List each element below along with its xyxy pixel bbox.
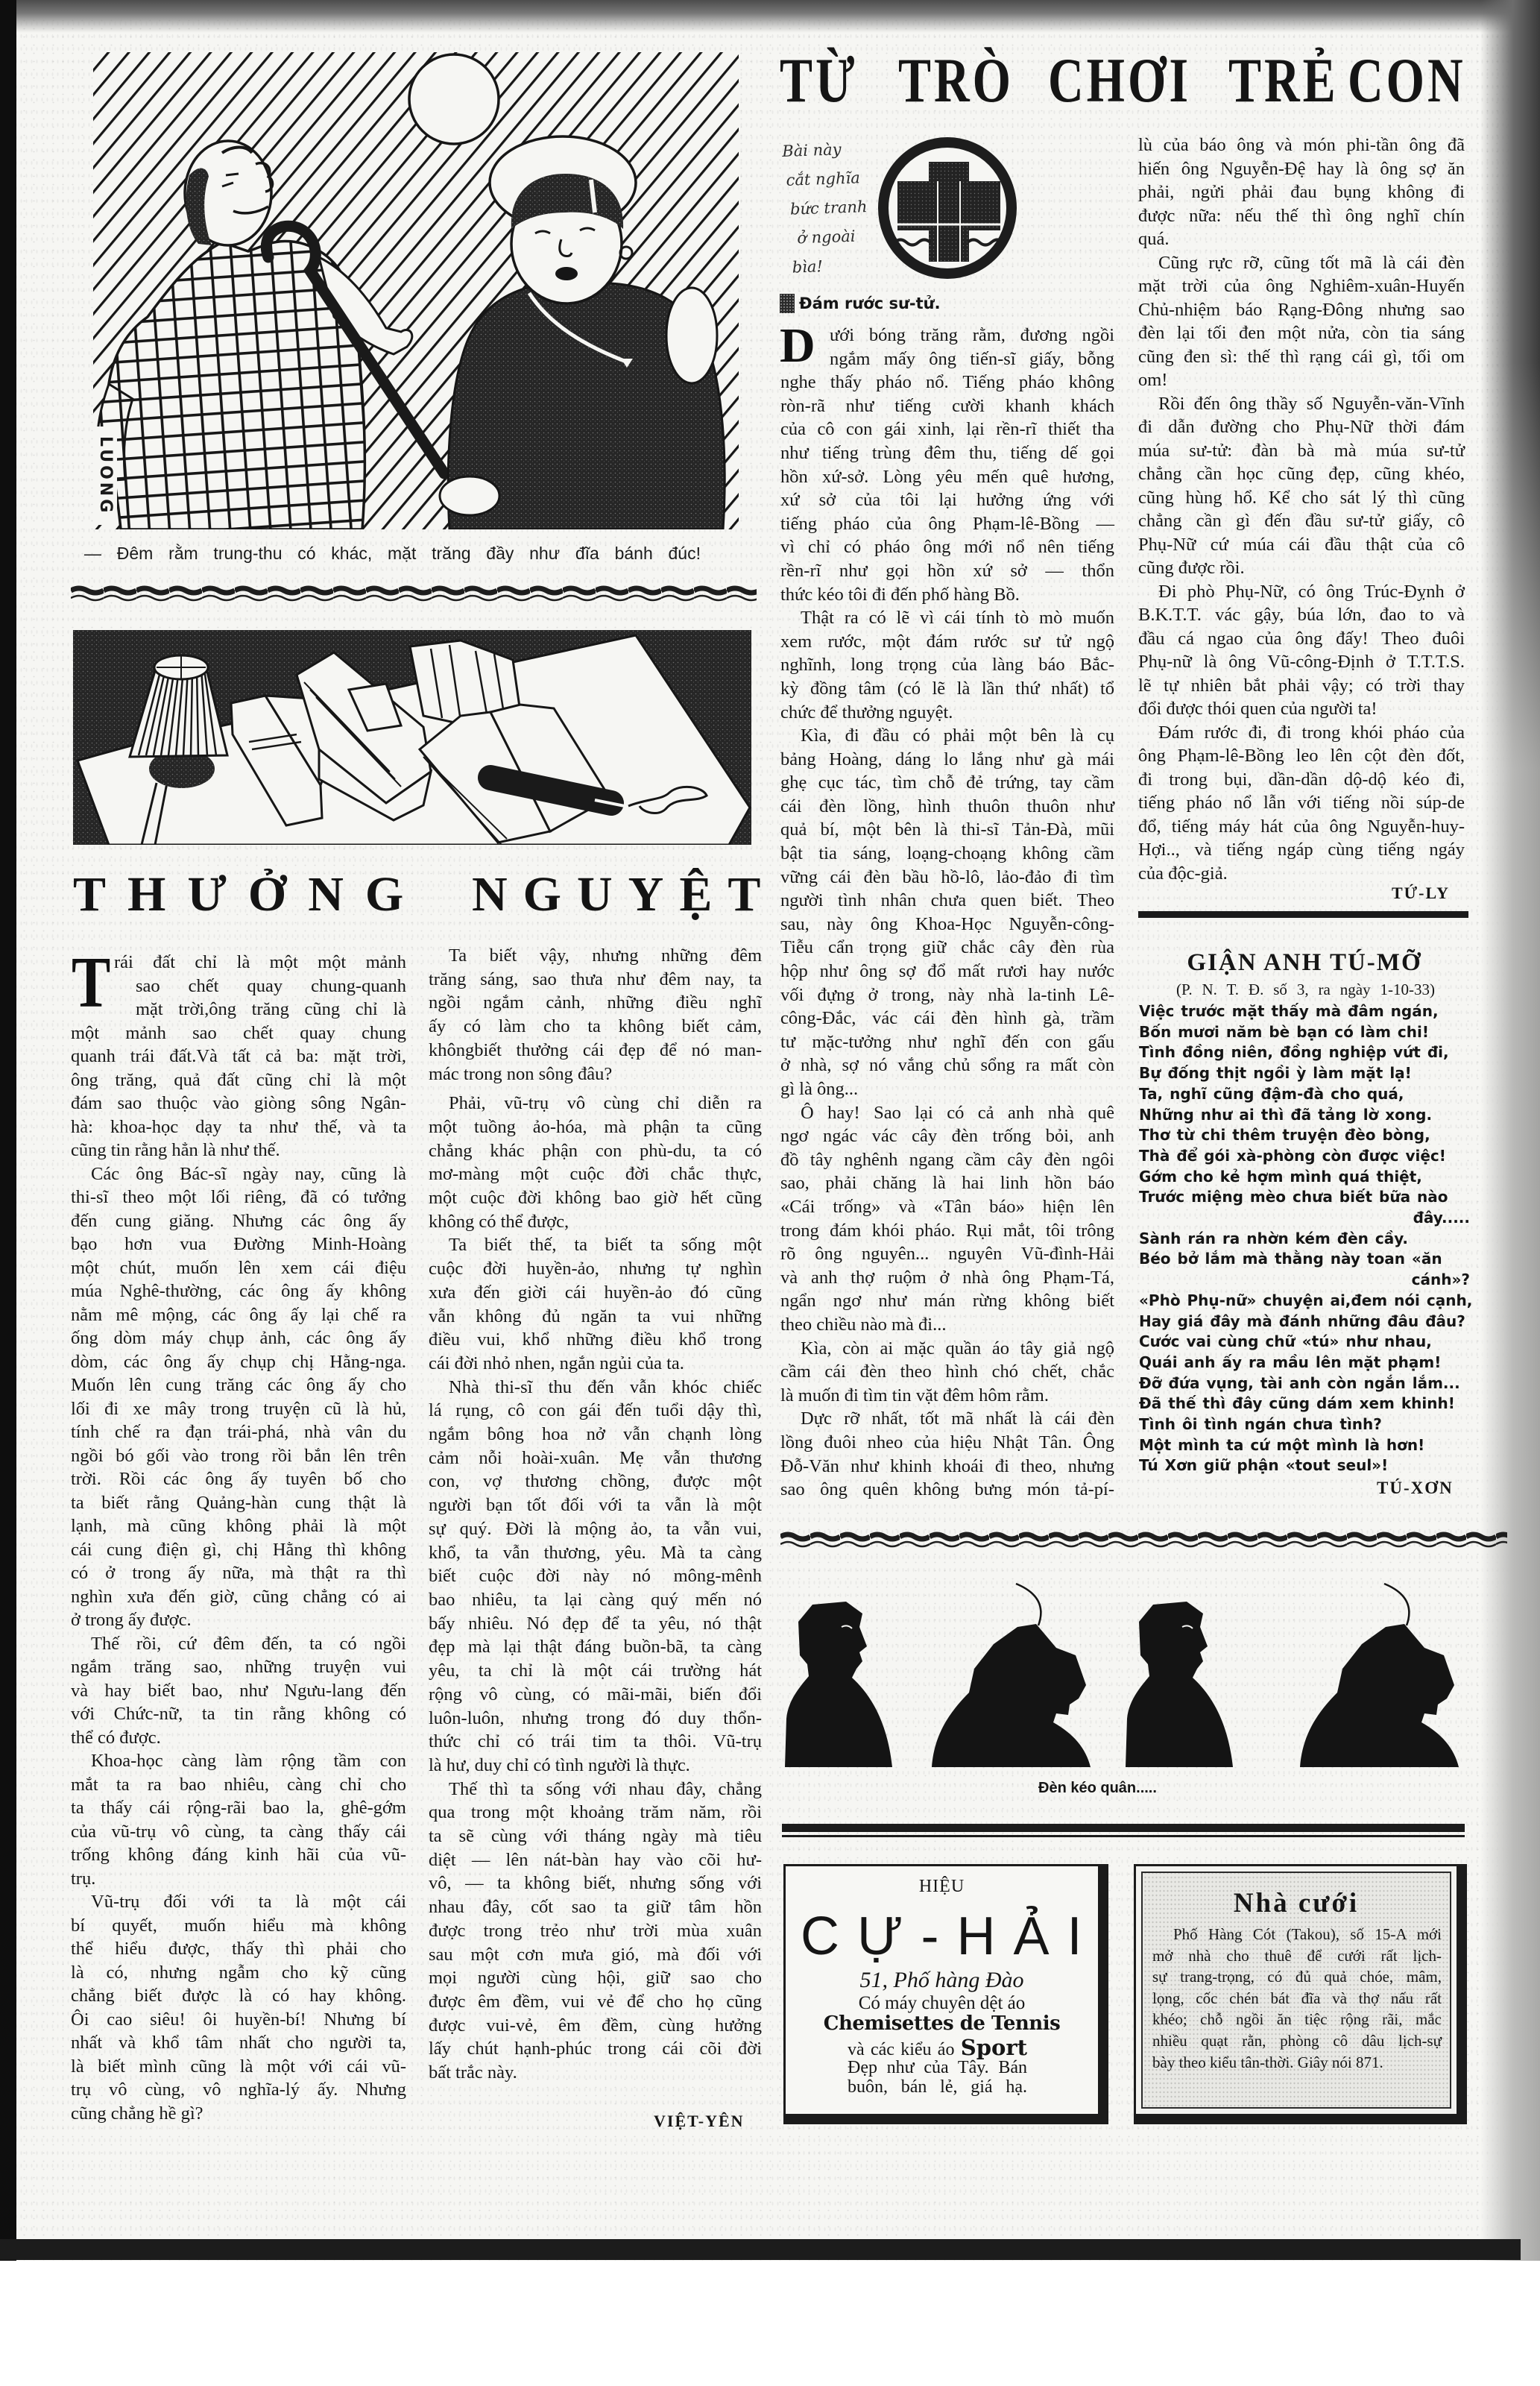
text-line: không có thể được,	[429, 1210, 762, 1234]
text-line: mặt trời của ông Nghiêm-xuân-Huyến	[1138, 274, 1465, 298]
ad-shop-name: CỰ-HẢI	[801, 1910, 1099, 1963]
paragraph: Rồi đến ông thầy số Nguyễn-văn-Vĩnhđi dẫ…	[1138, 392, 1465, 580]
ad-text-line: bày theo kiểu tân-thời. Giây nói 871.	[1152, 2052, 1442, 2074]
text-line: Chủ-nhiệm báo Rạng-Đông nhưng sao	[1138, 298, 1465, 322]
text-line: cũng hùng hổ. Kể cho sát lý thì cũng	[1138, 486, 1465, 510]
text-line: lối đi xe mây trong truyện cũ là hủ,	[71, 1397, 406, 1421]
scan-edge-left	[0, 0, 16, 2261]
paragraph: ưới bóng trăng rằm, đương ngồingắm mấy ô…	[780, 324, 1114, 606]
ad-text: và các kiểu áo	[848, 2040, 954, 2059]
paragraph: Các ông Bác-sĩ ngày nay, cũng làthi-sĩ t…	[71, 1162, 406, 1632]
text-line: rền-rĩ như gọi hồn xứ sở — thổn	[780, 559, 1114, 583]
text-line: cũng được rồi.	[1138, 556, 1465, 580]
ad-address: 51, Phố hàng Đào	[786, 1968, 1098, 1993]
text-line: phải, ngửi phải đau bụng không đi	[1138, 180, 1465, 204]
headline-word: CON	[1348, 50, 1466, 113]
text-line: Nhà thi-sĩ thu đến vẫn khóc chiếc	[429, 1376, 762, 1400]
headline-word: CHƠI	[1048, 50, 1191, 113]
silhouette-caption: Đèn kéo quân.....	[1038, 1780, 1157, 1797]
text-line: là muốn đi tìm tin vặt đêm hôm rằm.	[780, 1384, 1114, 1408]
text-line: Khoa-học càng làm rộng tầm con	[71, 1749, 406, 1773]
text-line: ngẩn ngơ như mán rừng không biết	[780, 1289, 1114, 1313]
thuong-nguyet-column-1: rái đất chỉ là một một mảnhsao chết quay…	[71, 951, 406, 2125]
text-line: quá.	[1138, 227, 1465, 251]
poem-line: Quái anh ấy ra mầu lên mặt phạm!	[1139, 1353, 1470, 1373]
text-line: múa Nghê-thường, các ông ấy không	[71, 1279, 406, 1303]
text-line: đám sao thuộc vào giòng sông Ngân-	[71, 1092, 406, 1115]
text-line: một mảnh sao chết quay chung	[71, 1022, 406, 1045]
text-line: ròn-rã như tiếng cười khanh khách	[780, 394, 1114, 418]
text-line: con, vợ thương chồng, được một	[429, 1470, 762, 1493]
paragraph: Nhà thi-sĩ thu đến vẫn khóc chiếclá rụng…	[429, 1376, 762, 1778]
text-line: chẳng khác phận con phù-du, ta có	[429, 1139, 762, 1163]
text-line: cảm nỗi hoài-xuân. Mẹ vẫn thương	[429, 1447, 762, 1470]
section-heading-text: Đám rước sư-tử.	[799, 295, 941, 312]
poem-source: (P. N. T. Đ. số 3, ra ngày 1-10-33)	[1176, 980, 1435, 999]
text-line: bao nhiêu, ta lại càng quý mến nó	[429, 1588, 762, 1612]
text-line: xem rước, một đám rước sư tử ngộ	[780, 630, 1114, 654]
ad-text-line: mở nhà cho thuê để cưới rất lịch-	[1152, 1945, 1442, 1967]
text-line: điều vui, khổ những điều khổ trong	[429, 1328, 762, 1352]
author-tu-xon: TÚ-XƠN	[1377, 1479, 1454, 1498]
text-line: ở trong ấy được.	[71, 1608, 406, 1632]
poem-line: Đã thế thì đây cũng dám xem khinh!	[1139, 1394, 1470, 1414]
text-line: kỳ đồng tâm (có lẽ là lần thứ nhất) tổ	[780, 677, 1114, 701]
text-line: một chút, muốn lên xem cái điệu	[71, 1256, 406, 1280]
paragraph: Thế thì ta sống với nhau đây, chẳngqua t…	[429, 1778, 762, 2085]
text-line: đầu cá ngao của ông đấy! Theo đuôi	[1138, 627, 1465, 651]
ads-rule-thick	[782, 1824, 1465, 1832]
handwritten-line: bức tranh	[783, 192, 868, 224]
text-line: trời. Rồi các ông ấy tuyên bố cho	[71, 1467, 406, 1491]
text-line: Phụ-Nữ cứ múa cái đầu thật của cô	[1138, 533, 1465, 557]
text-line: đi dẫn đường cho Phụ-Nữ thời đám	[1138, 415, 1465, 439]
silhouette-cartoon-illustration	[779, 1581, 1472, 1767]
headline-word: TRẺ	[1228, 50, 1339, 113]
poem-line: Việc trước mặt thấy mà đâm ngán,	[1139, 1001, 1470, 1022]
handwritten-line: bìa!	[786, 251, 870, 283]
text-line: một cuộc đời không bao giờ hết cũng	[429, 1186, 762, 1210]
text-line: múa sư-tử: đàn bà mà múa sư-tử	[1138, 439, 1465, 463]
text-line: khổ, ta vẫn thương, yêu. Mà ta càng	[429, 1541, 762, 1565]
scan-edge-top	[0, 0, 1540, 33]
desk-lamp-books-illustration	[73, 630, 751, 845]
handwritten-line: ở ngoài	[785, 221, 869, 254]
poem-line: Béo bở lắm mà thằng này toan «ăn	[1139, 1249, 1470, 1270]
text-line: lồng đuôi nheo của hiệu Nhật Tân. Ông	[780, 1431, 1114, 1455]
text-line: ở nhà, sợ nó vắng chủ sổng ra mất còn	[780, 1054, 1114, 1077]
text-line: chức để thưởng nguyệt.	[780, 701, 1114, 725]
text-line: cũng tin rằng hẳn là như thế.	[71, 1139, 406, 1162]
text-line: khôngbiết thưởng cái đẹp để nó man-	[429, 1039, 762, 1063]
poem-line: Cước vai cùng chữ «tú» như nhau,	[1139, 1332, 1470, 1353]
paragraph: Ta biết thế, ta biết ta sống mộtcuộc đời…	[429, 1233, 762, 1375]
ad-product: Chemisettes de Tennis	[786, 2012, 1098, 2035]
text-line: vì chỉ có pháo ông mới nổ nên tiếng	[780, 535, 1114, 559]
text-line: ta thấy cái rộng-rãi bao la, ghê-gớm	[71, 1796, 406, 1820]
ad-text-line: Phố Hàng Cót (Takou), số 15-A mới	[1152, 1924, 1442, 1945]
text-line: ấy có làm cho ta không biết cảm,	[429, 1015, 762, 1039]
text-line: Ô hay! Sao lại có cả anh nhà quê	[780, 1101, 1114, 1125]
text-line: nghe thấy pháo nổ. Tiếng pháo không	[780, 371, 1114, 394]
handwritten-line: Bài này	[782, 134, 866, 166]
text-line: quả bí, một bên là thi-sĩ Tản-Đà, mũi	[780, 818, 1114, 842]
text-line: mặt trời,ông trăng cũng chỉ là	[71, 998, 406, 1022]
scan-edge-bottom	[0, 2239, 1521, 2260]
ad-text-line: Có máy chuyên dệt áo	[786, 1993, 1098, 2014]
text-line: người tình nhân chưa quen biết. Theo	[780, 889, 1114, 913]
text-line: trăng sáng, sao thưa như đêm nay, ta	[429, 968, 762, 992]
text-line: nghĩnh, long trọng của làng báo Bắc-	[780, 653, 1114, 677]
text-line: cũng đen sì: thế thì rạng cái gì, tối om	[1138, 345, 1465, 369]
text-line: thức kéo tôi đi đến phố hàng Bồ.	[780, 583, 1114, 607]
text-line: sao ông quên không bưng món tả-pí-	[780, 1478, 1114, 1502]
artist-signature: LUONG	[93, 426, 117, 525]
text-line: lấy chút hạnh-phúc trong cái cõi đời	[429, 2037, 762, 2061]
text-line: tiếng pháo nổ lẫn với tiếng nồi súp-de	[1138, 791, 1465, 815]
text-line: lù của báo ông và món phi-tần ông đã	[1138, 133, 1465, 157]
poem-line: Tú Xơn giữ phận «tout seul»!	[1139, 1455, 1470, 1476]
poem-title: GIẬN ANH TÚ-MỠ	[1163, 951, 1446, 975]
text-line: Phải, vũ-trụ vô cùng chỉ diễn ra	[429, 1092, 762, 1115]
text-line: với Chức-nữ, ta tin rằng không có	[71, 1702, 406, 1726]
text-line: đổi được thói quen của người ta!	[1138, 697, 1465, 721]
headline-word: TRÒ	[898, 50, 1014, 113]
text-line: bất trắc này.	[429, 2061, 762, 2085]
text-line: Phụ-nữ là ông Vũ-công-Định ở T.T.T.S.	[1138, 650, 1465, 674]
text-line: như tiếng trùng đêm thu, tiếng dế gọi	[780, 441, 1114, 465]
tro-choi-column-middle: ưới bóng trăng rằm, đương ngồingắm mấy ô…	[780, 324, 1114, 1502]
text-line: thức chỉ có trái tim ta thôi. Vũ-trụ	[429, 1730, 762, 1754]
ad-cu-hai: HIỆU CỰ-HẢI 51, Phố hàng Đào Có máy chuy…	[783, 1864, 1108, 2124]
text-line: Ôi cao siêu! ôi huyền-bí! Nhưng bí	[71, 2008, 406, 2032]
text-line: qua trong một khoảng trăm năm, rồi	[429, 1801, 762, 1825]
poem-line: Thà để gói xà-phòng còn được việc!	[1139, 1146, 1470, 1167]
text-line: Muốn lên cung trăng các ông ấy cho	[71, 1373, 406, 1397]
text-line: quanh trái đất.Và tất cả ba: mặt trời,	[71, 1045, 406, 1068]
text-line: ta biết rằng Quảng-hàn cung thật là	[71, 1491, 406, 1515]
text-line: ưới bóng trăng rằm, đương ngồi	[780, 324, 1114, 347]
ad-text-line: sự trang-trọng, có đủ quả chóe, mâm,	[1152, 1966, 1442, 1988]
text-line: tư mặc-tưởng như nghĩ đến con gấu	[780, 1030, 1114, 1054]
poem-line: Hay giá đây mà đánh những đâu đâu?	[1139, 1312, 1470, 1332]
text-line: và hay biết bao, như Ngưu-lang đến	[71, 1679, 406, 1703]
paragraph: Kìa, còn ai mặc quần áo tây giả ngộcầm c…	[780, 1337, 1114, 1408]
poem-line: Ta, nghĩ cũng đậm-đà cho quá,	[1139, 1084, 1470, 1105]
text-line: đến cung giăng. Nhưng các ông ấy	[71, 1209, 406, 1233]
text-line: rõ ông nguyên... nguyên Vũ-đình-Hải	[780, 1242, 1114, 1266]
text-line: bật tia sáng, loạng-choạng không cầm	[780, 842, 1114, 866]
text-line: lạnh, mà cũng không phải là một	[71, 1514, 406, 1538]
text-line: có ở trong ấy nữa, mà thật ra thì	[71, 1561, 406, 1585]
text-line: cuộc đời huyền-ảo, nhưng tự nghìn	[429, 1257, 762, 1281]
ad-text-line: khéo; chỗ ngồi ăn tiệc rộng rãi, mắc	[1152, 2009, 1442, 2030]
text-line: thể hiểu được, thấy thì phải cho	[71, 1937, 406, 1961]
text-line: sao chết quay chung-quanh	[71, 975, 406, 998]
text-line: lá rụng, cô con gái đến tuổi dậy thì,	[429, 1399, 762, 1423]
ad-bold-word: Sport	[961, 2035, 1027, 2060]
paragraph: Cũng rực rỡ, cũng tốt mã là cái đènmặt t…	[1138, 251, 1465, 392]
ad-text-line: lọng, cốc chén bát đĩa và thợ nấu rất	[1152, 1988, 1442, 2009]
text-line: tính chế ra đạn trái-phá, nhà vân du	[71, 1420, 406, 1444]
cross-and-waves-logo-icon	[877, 136, 1018, 280]
thuong-nguyet-column-2: Ta biết vậy, nhưng những đêmtrăng sáng, …	[429, 944, 762, 2085]
text-line: Ta biết thế, ta biết ta sống một	[429, 1233, 762, 1257]
text-line: và anh thợ ruộm ở nhà ông Phạm-Tá,	[780, 1266, 1114, 1290]
text-line: ông trăng, quả đất cũng chỉ là một	[71, 1068, 406, 1092]
text-line: ngắm mấy ông tiến-sĩ giấy, bỗng	[780, 347, 1114, 371]
text-line: sau, này ông Khoa-Học Nguyễn-công-	[780, 913, 1114, 937]
text-line: theo chiều nào mà đi...	[780, 1313, 1114, 1337]
text-line: Rồi đến ông thầy số Nguyễn-văn-Vĩnh	[1138, 392, 1465, 416]
text-line: rộng vô cùng, có mãi-mãi, biến đổi	[429, 1683, 762, 1707]
text-line: ngơ ngác vác cây đèn trống bỏi, anh	[780, 1124, 1114, 1148]
text-line: diệt — lên nát-bàn hay vào cõi hư-	[429, 1848, 762, 1872]
poem-line: đây.....	[1139, 1208, 1470, 1229]
section-rule	[1138, 911, 1468, 918]
poem-line: Tình đồng niên, đồng nghiệp vứt đi,	[1139, 1042, 1470, 1063]
text-line: Dực rỡ nhất, tốt mã nhất là cái đèn	[780, 1407, 1114, 1431]
text-line: Đỗ-Văn như khinh khoái đi theo, nhưng	[780, 1455, 1114, 1479]
ornament-icon	[780, 294, 795, 313]
poem-line: Đỡ đứa vụng, tài anh còn ngắn lắm...	[1139, 1373, 1470, 1394]
text-line: hà: khoa-học dạy ta như thế, và ta	[71, 1115, 406, 1139]
text-line: ông Phạm-lê-Bồng leo lên cột đèn đốt,	[1138, 744, 1465, 768]
text-line: xưa đến giời cái huyền-ảo đó cũng	[429, 1281, 762, 1305]
handwritten-annotation: Bài nàycắt nghĩabức tranhở ngoàibìa!	[782, 134, 870, 283]
text-line: vô, — ta không biết, nhưng sống với	[429, 1872, 762, 1895]
text-line: thi-sĩ theo một lối riêng, đã có tưởng	[71, 1186, 406, 1209]
text-line: ngồi bó gối vào trong rồi bắn lên trên	[71, 1444, 406, 1468]
poem-line: «Phò Phụ-nữ» chuyện ai,đem nói cạnh,	[1139, 1291, 1470, 1312]
text-line: Kìa, đi đầu có phải một bên là cụ	[780, 724, 1114, 748]
text-line: vững cái đèn bầu hồ-lô, lảo-đảo đi tìm	[780, 866, 1114, 890]
moon-cartoon-illustration	[73, 34, 751, 529]
text-line: được êm đềm, vui vẻ để cho họ cũng	[429, 1990, 762, 2014]
poem-line: Bự đống thịt ngồi ỳ làm mặt lạ!	[1139, 1063, 1470, 1084]
text-line: một tuồng ảo-hóa, mà phận ta cũng	[429, 1115, 762, 1139]
text-line: cũng chẳng hề gì?	[71, 2102, 406, 2126]
text-line: đổ, tiếng máy hát của ông Nguyễn-huy-	[1138, 815, 1465, 839]
text-line: Hợi.., và tiếng ngáp cùng tiếng ngáy	[1138, 838, 1465, 862]
ad-nha-cuoi: Nhà cưới Phố Hàng Cót (Takou), số 15-A m…	[1134, 1864, 1467, 2124]
text-line: nhất và khổ tâm nhất cho người ta,	[71, 2031, 406, 2055]
paragraph: Ta biết vậy, nhưng những đêmtrăng sáng, …	[429, 944, 762, 1086]
poem-line: Thơ từ chi thêm truyện đèo bòng,	[1139, 1125, 1470, 1146]
text-line: trụ.	[71, 1867, 406, 1891]
text-line: đẹp mà lại thật đáng buồn-bã, ta càng	[429, 1635, 762, 1659]
text-line: đèn lại tối đen một nửa, còn tia sáng	[1138, 321, 1465, 345]
text-line: sự quý. Đời là mộng ảo, ta vẫn vui,	[429, 1517, 762, 1541]
text-line: om!	[1138, 368, 1465, 392]
text-line: ngồi ngắm cảnh, những điều nghĩ	[429, 991, 762, 1015]
poem-line: Gớm cho kẻ hợm mình quá thiệt,	[1139, 1167, 1470, 1188]
text-line: đi trong bụi, dần-dần dộ-dộ kéo đi,	[1138, 768, 1465, 792]
text-line: Vũ-trụ đối với ta là một cái	[71, 1890, 406, 1914]
author-viet-yen: VIỆT-YÊN	[654, 2112, 745, 2131]
text-line: ống dòm máy chụp ảnh, các ông ấy	[71, 1326, 406, 1350]
text-line: công-Đắc, vác cái đèn hình gà, trầm	[780, 1007, 1114, 1030]
text-line: của vũ-trụ vô cùng, ta càng thấy cái	[71, 1820, 406, 1844]
text-line: trong đám khói pháo. Rụi mắt, tôi trông	[780, 1219, 1114, 1243]
article-title-thuong: THƯỞNG	[73, 870, 425, 919]
paragraph: lù của báo ông và món phi-tần ông đãhiến…	[1138, 133, 1465, 251]
text-line: cầm cái đèn theo hình chó chết, chắc	[780, 1360, 1114, 1384]
ad-title: Nhà cưới	[1136, 1887, 1457, 1919]
poem-line: Tình ôi tình ngán chưa tình?	[1139, 1414, 1470, 1435]
paragraph: Dực rỡ nhất, tốt mã nhất là cái đènlồng …	[780, 1407, 1114, 1501]
text-line: lẽ tự nhiên bắt phải vậy; có trời thay	[1138, 674, 1465, 698]
paragraph: Đi phò Phụ-Nữ, có ông Trúc-Đỵnh ởB.K.T.T…	[1138, 580, 1465, 721]
text-line: Đi phò Phụ-Nữ, có ông Trúc-Đỵnh ở	[1138, 580, 1465, 604]
ad-text-line: Đẹp như của Tây. Bán	[848, 2058, 1027, 2078]
text-line: hộp như ông sợ đổ mất rươi hay nước	[780, 960, 1114, 983]
ad-text-line: nhiều quạt rằn, phòng cô dâu lịch-sự	[1152, 2030, 1442, 2052]
text-line: bảng Hoàng, dáng lo lắng như gà mái	[780, 748, 1114, 772]
text-line: Kìa, còn ai mặc quần áo tây giả ngộ	[780, 1337, 1114, 1361]
text-line: Đám rước đi, đi trong khói pháo của	[1138, 721, 1465, 745]
section-heading: Đám rước sư-tử.	[780, 293, 941, 314]
text-line: Thế rồi, cứ đêm đến, ta có ngồi	[71, 1632, 406, 1656]
text-line: Các ông Bác-sĩ ngày nay, cũng là	[71, 1162, 406, 1186]
text-line: luôn-luôn, nhưng trong đó duy thổn-	[429, 1707, 762, 1731]
ad-prefix: HIỆU	[786, 1877, 1098, 1897]
text-line: của cô con gái xinh, lại rền-rĩ thiết th…	[780, 418, 1114, 441]
text-line: là có, nhưng ngẫm cho kỹ cũng	[71, 1961, 406, 1985]
text-line: hiến ông Nguyễn-Đệ hay là ông sợ ăn	[1138, 157, 1465, 181]
text-line: là biết mình cũng là một với cái vũ-	[71, 2055, 406, 2079]
poem-line: Một mình ta cứ một mình là hơn!	[1139, 1435, 1470, 1456]
poem-body: Việc trước mặt thấy mà đâm ngán,Bốn mươi…	[1139, 1001, 1470, 1476]
text-line: yêu, ta chỉ là một cái trường hát	[429, 1659, 762, 1683]
text-line: bạo hơn vua Đường Minh-Hoàng	[71, 1233, 406, 1256]
text-line: tiếng pháo của ông Phạm-lê-Bồng —	[780, 512, 1114, 536]
poem-line: Những như ai thì đã tảng lờ xong.	[1139, 1105, 1470, 1126]
text-line: đồ tây nghênh ngang cầm cây đèn ngôi	[780, 1148, 1114, 1172]
paragraph: Phải, vũ-trụ vô cùng chỉ diễn ramột tuồn…	[429, 1092, 762, 1233]
text-line: cái đời nhỏ nhen, ngắn ngủi của ta.	[429, 1352, 762, 1376]
handwritten-line: cắt nghĩa	[783, 163, 867, 195]
text-line: thể có được.	[71, 1726, 406, 1750]
poem-line: Bốn mươi năm bè bạn có làm chi!	[1139, 1022, 1470, 1043]
paragraph: Vũ-trụ đối với ta là một cáibí quyết, mu…	[71, 1890, 406, 2125]
ad-body: Phố Hàng Cót (Takou), số 15-A mớimở nhà …	[1152, 1924, 1442, 2073]
text-line: xứ sở của tôi lại hưởng ứng với	[780, 488, 1114, 512]
ad-text-line: và các kiểu áo Sport	[848, 2035, 1027, 2060]
author-tu-ly: TỨ-LY	[1392, 884, 1450, 903]
wavy-divider	[71, 584, 757, 603]
paragraph: rái đất chỉ là một một mảnhsao chết quay…	[71, 951, 406, 1162]
text-line: Thật ra có lẽ vì cái tính tò mò muốn	[780, 606, 1114, 630]
text-line: vẫn không đủ ngăn ta vui những	[429, 1305, 762, 1329]
scan-edge-right	[1480, 0, 1540, 2261]
headline-word: TỪ	[780, 50, 858, 113]
paragraph: Đám rước đi, đi trong khói pháo củaông P…	[1138, 721, 1465, 886]
text-line: nằm mê mộng, các ông ấy lại chế ra	[71, 1303, 406, 1327]
text-line: sau một cơn mưa gió, mà đối với	[429, 1943, 762, 1967]
text-line: nghìn xưa đến giờ, cũng chẳng có ai	[71, 1585, 406, 1609]
article-title-nguyet: NGUYỆT	[472, 870, 776, 919]
text-line: B.K.T.T. vác gậy, búa lớn, đao to và	[1138, 603, 1465, 627]
text-line: mơ-màng một cuộc đời chắc thực,	[429, 1162, 762, 1186]
paragraph: Thật ra có lẽ vì cái tính tò mò muốnxem …	[780, 606, 1114, 724]
text-line: Ta biết vậy, nhưng những đêm	[429, 944, 762, 968]
text-line: sao, phải chăng là hai linh hồn báo	[780, 1171, 1114, 1195]
text-line: Cũng rực rỡ, cũng tốt mã là cái đèn	[1138, 251, 1465, 275]
text-line: là hư, duy chỉ có tình người là thực.	[429, 1754, 762, 1778]
text-line: Thế thì ta sống với nhau đây, chẳng	[429, 1778, 762, 1801]
tro-choi-column-right: lù của báo ông và món phi-tần ông đãhiến…	[1138, 133, 1465, 885]
text-line: được vui-vẻ, êm đềm, cùng hưởng	[429, 2014, 762, 2038]
ads-rule-thin	[782, 1835, 1465, 1837]
text-line: mác trong non sông đâu?	[429, 1063, 762, 1086]
text-line: trống không đáng kinh hãi của vũ-	[71, 1843, 406, 1867]
wavy-divider	[780, 1530, 1507, 1549]
text-line: vối đựng ở trong, này nhà la-tinh Lê-	[780, 983, 1114, 1007]
text-line: được nữa: nếu thế thì ông nghĩ chín	[1138, 204, 1465, 228]
text-line: gì là ông...	[780, 1077, 1114, 1101]
text-line: Tiễu cẩn trọng giữ chắc cây đèn rùa	[780, 936, 1114, 960]
text-line: nhau đây, cốt sao ta giữ tâm hồn	[429, 1895, 762, 1919]
poem-line: Sành rán ra nhờn kém đèn cầy.	[1139, 1229, 1470, 1250]
text-line: người bạn tốt đối với ta vẫn là một	[429, 1493, 762, 1517]
text-line: rái đất chỉ là một một mảnh	[71, 951, 406, 975]
poem-line: Trước miệng mèo chưa biết bữa nào	[1139, 1187, 1470, 1208]
text-line: ta sẽ cùng với tháng ngày mà tiêu	[429, 1825, 762, 1848]
text-line: ngắm trăng sao, những truyện vui	[71, 1655, 406, 1679]
paragraph: Thế rồi, cứ đêm đến, ta có ngồingắm trăn…	[71, 1632, 406, 1750]
text-line: cái đèn lồng, hình thuôn thuôn như	[780, 795, 1114, 819]
text-line: ngắm bông hoa nở vẫn chạnh lòng	[429, 1423, 762, 1447]
text-line: trụ vô cùng, vô nghĩa-lý ấy. Nhưng	[71, 2078, 406, 2102]
text-line: bấy nhiêu. Nó đẹp để ta yêu, nó thật	[429, 1612, 762, 1636]
text-line: cái cung điện gì, chị Hằng thì không	[71, 1538, 406, 1562]
cartoon-caption: — Đêm rằm trung-thu có khác, mặt trăng đ…	[84, 543, 701, 564]
text-line: ghẹ cục tác, tìm chỗ đẻ trứng, tay cầm	[780, 771, 1114, 795]
text-line: mắt ta ra bao nhiêu, càng chỉ cho	[71, 1773, 406, 1797]
text-line: bí quyết, muốn hiểu mà không	[71, 1914, 406, 1938]
text-line: «Cái trống» và «Tân báo» hiện lên	[780, 1195, 1114, 1219]
text-line: của độc-giả.	[1138, 862, 1465, 886]
text-line: chẳng cần gì đến đầu sư-tử giấy, cô	[1138, 509, 1465, 533]
poem-line: cánh»?	[1139, 1270, 1470, 1291]
paragraph: Ô hay! Sao lại có cả anh nhà quêngơ ngác…	[780, 1101, 1114, 1337]
text-line: dòm, các ông ấy chụp chị Hằng-nga.	[71, 1350, 406, 1374]
text-line: chẳng cần học cũng đẹp, cũng khéo,	[1138, 462, 1465, 486]
text-line: được trong trẻo như trời mùa xuân	[429, 1919, 762, 1943]
text-line: chẳng biết được là có hay không.	[71, 1984, 406, 2008]
ad-text-line: buôn, bán lẻ, giá hạ.	[848, 2077, 1027, 2097]
paragraph: Khoa-học càng làm rộng tầm conmắt ta ra …	[71, 1749, 406, 1890]
text-line: hồn xứ-sở. Lòng yêu mến quê hương,	[780, 465, 1114, 489]
paragraph: Kìa, đi đầu có phải một bên là cụbảng Ho…	[780, 724, 1114, 1101]
text-line: biết cuộc đời này nó mông-mênh	[429, 1564, 762, 1588]
text-line: mọi người cùng hội, giữ sao cho	[429, 1966, 762, 1990]
